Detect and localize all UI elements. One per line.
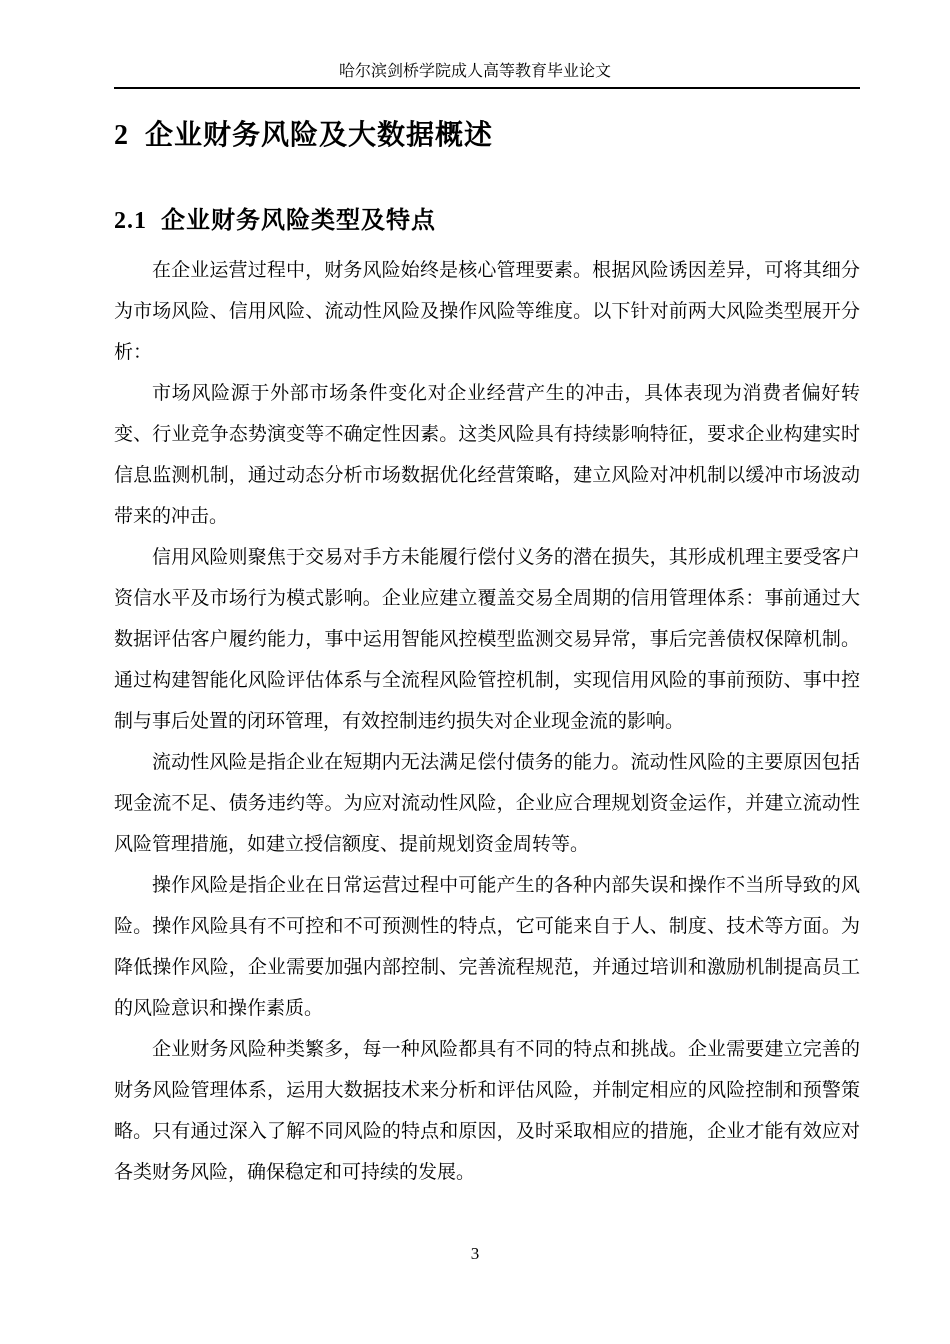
document-page: 哈尔滨剑桥学院成人高等教育毕业论文 2 企业财务风险及大数据概述 2.1 企业财… bbox=[0, 0, 950, 1344]
body-text: 在企业运营过程中，财务风险始终是核心管理要素。根据风险诱因差异，可将其细分为市场… bbox=[114, 250, 860, 1193]
page-number: 3 bbox=[0, 1243, 950, 1264]
paragraph-operational-risk: 操作风险是指企业在日常运营过程中可能产生的各种内部失误和操作不当所导致的风险。操… bbox=[114, 865, 860, 1029]
paragraph-intro: 在企业运营过程中，财务风险始终是核心管理要素。根据风险诱因差异，可将其细分为市场… bbox=[114, 250, 860, 373]
paragraph-credit-risk: 信用风险则聚焦于交易对手方未能履行偿付义务的潜在损失，其形成机理主要受客户资信水… bbox=[114, 537, 860, 742]
running-header-title: 哈尔滨剑桥学院成人高等教育毕业论文 bbox=[0, 62, 950, 82]
paragraph-market-risk: 市场风险源于外部市场条件变化对企业经营产生的冲击，具体表现为消费者偏好转变、行业… bbox=[114, 373, 860, 537]
chapter-heading: 2 企业财务风险及大数据概述 bbox=[114, 119, 493, 152]
section-heading: 2.1 企业财务风险类型及特点 bbox=[114, 206, 436, 236]
paragraph-summary: 企业财务风险种类繁多，每一种风险都具有不同的特点和挑战。企业需要建立完善的财务风… bbox=[114, 1029, 860, 1193]
header-rule-divider bbox=[114, 87, 860, 89]
paragraph-liquidity-risk: 流动性风险是指企业在短期内无法满足偿付债务的能力。流动性风险的主要原因包括现金流… bbox=[114, 742, 860, 865]
